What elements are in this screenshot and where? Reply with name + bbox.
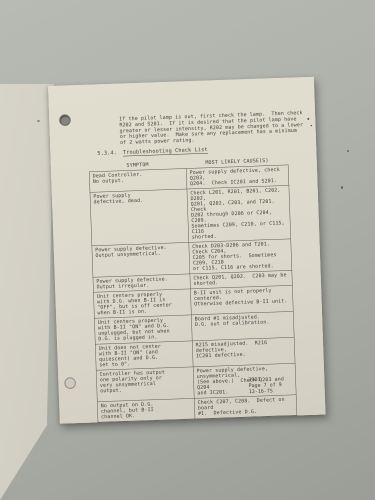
punch-hole-top — [59, 114, 71, 126]
symptom-cell: Power supply defective, dead. — [90, 189, 189, 246]
dust-speck — [37, 120, 40, 122]
section-heading: 5.3.4.Troubleshooting Check List — [97, 146, 207, 156]
photo-background: If the pilot lamp is out, first check th… — [0, 0, 375, 500]
cause-cell: B-II unit is not properly centered. Othe… — [190, 285, 293, 315]
cause-cell: Check L201, R201, B201, C202, D202, Q201… — [187, 185, 291, 242]
dust-speck — [347, 150, 349, 152]
section-title: Troubleshooting Check List — [123, 146, 208, 156]
cause-cell: Check C207, C208. Defect on board #1. De… — [194, 395, 297, 419]
cause-cell: Check D203-D206 and T201. Check C204, C2… — [189, 239, 292, 274]
section-number: 5.3.4. — [97, 150, 117, 157]
dust-speck — [341, 186, 343, 189]
table-row: Power supply defective, dead. Check L201… — [90, 185, 291, 245]
footer-date: 12-16-75 — [249, 388, 282, 395]
symptom-cell: No output on D.G. channel, but B-II chan… — [97, 398, 195, 422]
symptom-cell: Unit centers properly with B-II "ON" and… — [94, 315, 192, 344]
cause-cell: R215 misadjusted. R216 defective, IC201 … — [192, 337, 295, 367]
symptom-cell: Power supply defective. Output unsymmetr… — [92, 242, 190, 277]
intro-paragraph: If the pilot lamp is out, first check th… — [119, 110, 316, 146]
symptom-cell: Controller has output one polarity only … — [96, 367, 194, 402]
cause-cell: Board #1 misadjusted. D.G. out of calibr… — [191, 311, 294, 341]
symptom-cell: Unit centers properly with D.G. when B-I… — [93, 289, 191, 318]
document-page: If the pilot lamp is out, first check th… — [48, 77, 326, 424]
symptom-cell: Unit does not center with B-II "ON" (and… — [95, 341, 193, 370]
underlying-sheet — [0, 84, 54, 500]
punch-hole-bottom — [64, 377, 76, 389]
page-footer: 3903 Page 7 of 9 12-16-75 — [248, 376, 282, 395]
